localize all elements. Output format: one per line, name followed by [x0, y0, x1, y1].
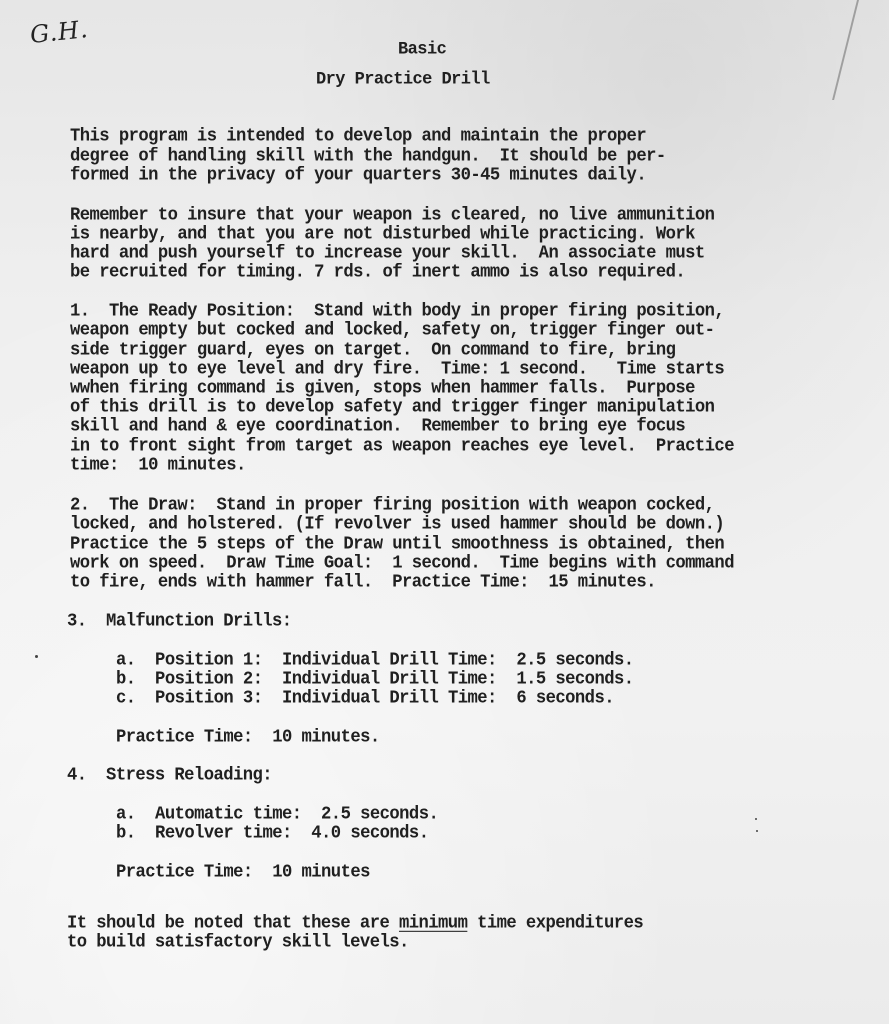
text-line: 2. The Draw: Stand in proper firing posi…: [70, 496, 714, 516]
list-item: b. Position 2: Individual Drill Time: 1.…: [116, 670, 634, 690]
closing-text-before: It should be noted that these are: [67, 914, 399, 934]
section-heading: 4. Stress Reloading:: [67, 766, 272, 786]
title-basic: Basic: [398, 40, 446, 60]
practice-time: Practice Time: 10 minutes: [116, 863, 370, 883]
text-line: be recruited for timing. 7 rds. of inert…: [70, 263, 685, 283]
title-dry-practice-drill: Dry Practice Drill: [316, 70, 490, 90]
closing-text-after: time expenditures: [467, 914, 643, 934]
paper-speck: [755, 818, 757, 820]
text-line: This program is intended to develop and …: [70, 127, 646, 147]
text-line: work on speed. Draw Time Goal: 1 second.…: [70, 554, 734, 574]
text-line: to fire, ends with hammer fall. Practice…: [70, 573, 656, 593]
list-item: a. Position 1: Individual Drill Time: 2.…: [116, 651, 634, 671]
list-item: c. Position 3: Individual Drill Time: 6 …: [116, 689, 614, 709]
list-item: a. Automatic time: 2.5 seconds.: [116, 805, 438, 825]
practice-time: Practice Time: 10 minutes.: [116, 728, 380, 748]
text-line: weapon up to eye level and dry fire. Tim…: [70, 360, 724, 380]
text-line: in to front sight from target as weapon …: [70, 437, 734, 457]
text-line: side trigger guard, eyes on target. On c…: [70, 341, 675, 361]
text-line: formed in the privacy of your quarters 3…: [70, 166, 646, 186]
emphasis-minimum: minimum: [399, 914, 467, 934]
text-line: Practice the 5 steps of the Draw until s…: [70, 535, 724, 555]
text-line: skill and hand & eye coordination. Remem…: [70, 417, 685, 437]
text-line: It should be noted that these are minimu…: [67, 914, 643, 934]
list-item: b. Revolver time: 4.0 seconds.: [116, 824, 428, 844]
text-line: degree of handling skill with the handgu…: [70, 147, 666, 167]
text-line: of this drill is to develop safety and t…: [70, 398, 714, 418]
paper-speck: [35, 655, 38, 658]
text-line: wwhen firing command is given, stops whe…: [70, 379, 695, 399]
text-line: hard and push yourself to increase your …: [70, 244, 705, 264]
section-heading: 3. Malfunction Drills:: [67, 612, 292, 632]
text-line: is nearby, and that you are not disturbe…: [70, 225, 695, 245]
text-line: 1. The Ready Position: Stand with body i…: [70, 302, 724, 322]
text-line: to build satisfactory skill levels.: [67, 933, 409, 953]
page-corner-fold: [832, 0, 889, 100]
text-line: locked, and holstered. (If revolver is u…: [70, 515, 724, 535]
scanned-page: G.H. Basic Dry Practice Drill This progr…: [0, 0, 889, 1024]
paper-speck: [756, 830, 758, 832]
text-line: Remember to insure that your weapon is c…: [70, 206, 714, 226]
text-line: weapon empty but cocked and locked, safe…: [70, 321, 714, 341]
handwritten-initials: G.H.: [29, 15, 90, 49]
text-line: time: 10 minutes.: [70, 456, 246, 476]
